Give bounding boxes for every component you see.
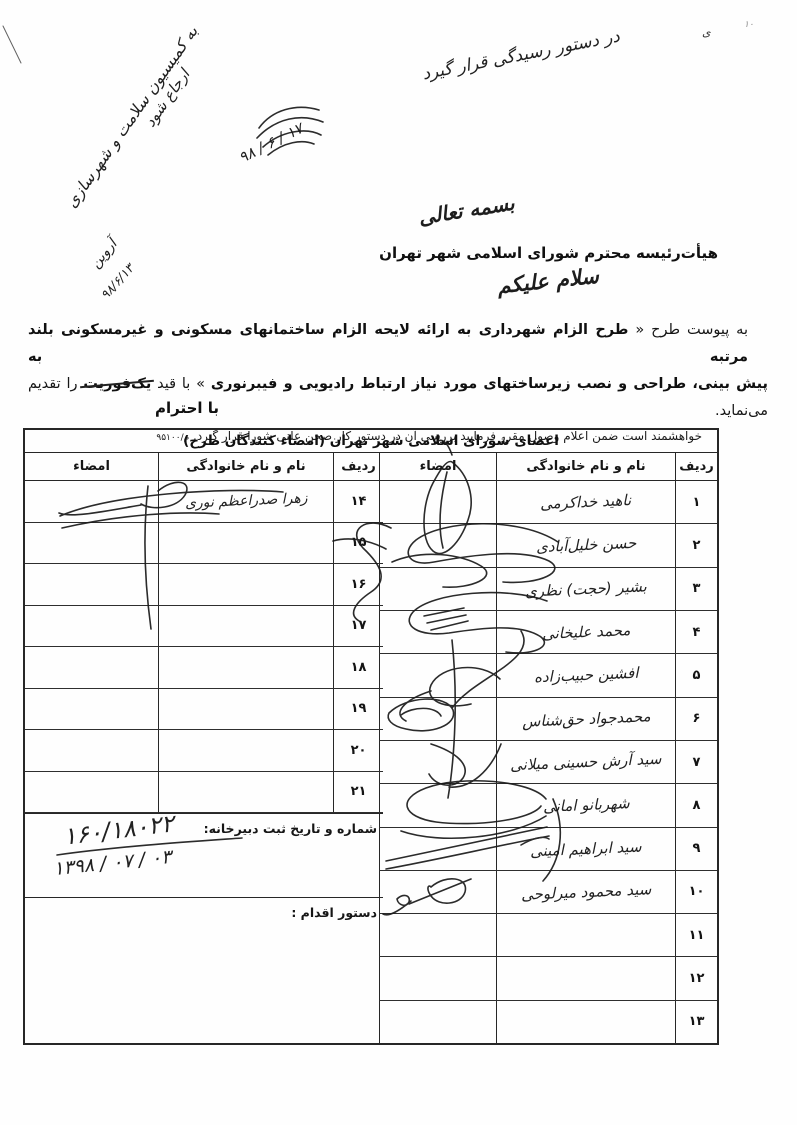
scanned-letter-page: ی ۱۰ در دستور رسیدگی قرار گیرد ۹۸ / ۶ / … [0, 0, 797, 1125]
row-number-cell: ۱ [675, 481, 717, 523]
signature-cell [379, 568, 496, 610]
header-name: نام و نام خانوادگی [158, 453, 333, 480]
signature-cell [25, 564, 158, 605]
row-number-cell: ۴ [675, 611, 717, 653]
name-cell: محمدجواد حق‌شناس [496, 698, 675, 740]
row-number: ۱۲ [689, 971, 705, 986]
member-name-handwritten: سید محمود میرلوحی [521, 880, 652, 904]
table-row: ۴ محمد علیخانی [379, 611, 717, 654]
name-cell [496, 914, 675, 956]
row-number-cell: ۵ [675, 654, 717, 696]
row-number: ۱۹ [351, 701, 367, 716]
name-cell: حسن خلیل‌آبادی [496, 524, 675, 566]
signature-cell [379, 611, 496, 653]
row-number-cell: ۱۲ [675, 957, 717, 999]
table-row: ۱۶ [25, 564, 383, 606]
name-cell: بشیر (حجت) نظری [496, 568, 675, 610]
signature-cell [25, 647, 158, 688]
name-cell: سید ابراهیم امینی [496, 828, 675, 870]
besmellah-calligraphy: بسمه تعالی [417, 191, 516, 230]
name-cell [496, 957, 675, 999]
row-number-cell: ۲۰ [333, 730, 383, 771]
recipient-line: هیأت‌رئیسه محترم شورای اسلامی شهر تهران [300, 244, 718, 262]
row-number: ۱۰ [689, 884, 705, 899]
table-row: ۶ محمدجواد حق‌شناس [379, 698, 717, 741]
table-row: ۲ حسن خلیل‌آبادی [379, 524, 717, 567]
name-cell: سید آرش حسینی میلانی [496, 741, 675, 783]
referral-signer: آروین [88, 237, 121, 272]
name-cell: افشین حبیب‌زاده [496, 654, 675, 696]
row-number: ۷ [693, 755, 701, 770]
body-line1-normal: به پیوست طرح « [628, 322, 748, 338]
table-row: ۱ ناهید خداکرمی [379, 481, 717, 524]
table-row: ۱۰ سید محمود میرلوحی [379, 871, 717, 914]
row-number: ۱۶ [351, 577, 367, 592]
row-number: ۱۵ [351, 535, 367, 550]
table-row: ۱۲ [379, 957, 717, 1000]
header-signature: امضاء [25, 453, 158, 480]
signature-cell [25, 523, 158, 564]
body-line-1: به پیوست طرح « طرح الزام شهرداری به ارائ… [28, 317, 768, 371]
name-cell: ناهید خداکرمی [496, 481, 675, 523]
row-number: ۳ [693, 581, 701, 596]
member-name-handwritten: محمد علیخانی [541, 621, 630, 643]
name-cell: زهرا صدراعظم نوری [158, 481, 333, 522]
signatories-table: اعضای شورای اسلامی شهر تهران (امضاء کنند… [23, 428, 719, 1045]
row-number-cell: ۱۵ [333, 523, 383, 564]
header-row-number: ردیف [675, 453, 717, 480]
signature-cell [25, 606, 158, 647]
row-number: ۱۷ [351, 618, 367, 633]
body-line-2: پیش بینی، طراحی و نصب زیرساختهای مورد نی… [28, 371, 768, 425]
row-number-cell: ۲۱ [333, 772, 383, 813]
row-number-cell: ۱۰ [675, 871, 717, 913]
signature-cell [25, 772, 158, 813]
name-cell [158, 606, 333, 647]
body-line2-normal: » با قید [151, 376, 210, 392]
member-name-handwritten: حسن خلیل‌آبادی [535, 534, 636, 556]
corner-mark-faint: ۱۰ [744, 20, 754, 30]
row-number: ۶ [693, 711, 701, 726]
table-row: ۱۹ [25, 689, 383, 731]
member-name-handwritten: سید ابراهیم امینی [530, 837, 642, 860]
table-row: ۱۱ [379, 914, 717, 957]
action-box: دستور اقدام : [25, 897, 383, 1043]
table-title: اعضای شورای اسلامی شهر تهران (امضاء کنند… [25, 430, 717, 453]
row-number-cell: ۱۸ [333, 647, 383, 688]
registry-date-handwritten: ۱۳۹۸ / ۰۷ / ۰۳ [52, 846, 172, 880]
signature-cell [379, 481, 496, 523]
signature-cell [379, 741, 496, 783]
member-name-handwritten: افشین حبیب‌زاده [533, 664, 638, 687]
signature-cell [25, 689, 158, 730]
table-header-left: ردیف نام و نام خانوادگی امضاء [25, 453, 383, 481]
table-row: ۱۷ [25, 606, 383, 648]
rows-right: ۱ ناهید خداکرمی ۲ حسن خلیل‌آبادی ۳ بشیر … [379, 481, 717, 1043]
signature-cell [379, 828, 496, 870]
row-number-cell: ۱۷ [333, 606, 383, 647]
row-number: ۵ [693, 668, 701, 683]
row-number-cell: ۱۳ [675, 1001, 717, 1043]
signature-cell [379, 914, 496, 956]
table-right-half: ردیف نام و نام خانوادگی امضاء ۱ ناهید خد… [379, 453, 717, 1043]
member-name-handwritten: ناهید خداکرمی [540, 491, 632, 513]
table-header-right: ردیف نام و نام خانوادگی امضاء [379, 453, 717, 481]
action-label: دستور اقدام : [291, 905, 377, 920]
row-number: ۴ [693, 625, 701, 640]
name-cell: شهربانو امانی [496, 784, 675, 826]
table-row: ۱۴ زهرا صدراعظم نوری [25, 481, 383, 523]
row-number-cell: ۱۴ [333, 481, 383, 522]
table-row: ۸ شهربانو امانی [379, 784, 717, 827]
row-number: ۱۱ [689, 928, 705, 943]
registry-label: شماره و تاریخ ثبت دبیرخانه: [204, 821, 377, 836]
signature-cell [379, 524, 496, 566]
row-number-cell: ۲ [675, 524, 717, 566]
signature-cell [379, 654, 496, 696]
referral-action-text: ارجاع شود [30, 33, 217, 289]
row-number: ۱۴ [351, 494, 367, 509]
row-number-cell: ۱۶ [333, 564, 383, 605]
row-number: ۹ [693, 841, 701, 856]
signature-cell [379, 784, 496, 826]
scan-artifact [3, 26, 21, 63]
member-name-handwritten: سید آرش حسینی میلانی [510, 750, 662, 775]
member-name-handwritten: محمدجواد حق‌شناس [521, 707, 650, 731]
row-number: ۸ [693, 798, 701, 813]
table-left-half: ردیف نام و نام خانوادگی امضاء ۱۴ زهرا صد… [25, 453, 383, 1043]
name-cell [158, 772, 333, 813]
row-number-cell: ۳ [675, 568, 717, 610]
name-cell [158, 523, 333, 564]
table-row: ۹ سید ابراهیم امینی [379, 828, 717, 871]
signature-cell [25, 481, 158, 522]
name-cell: سید محمود میرلوحی [496, 871, 675, 913]
name-cell [158, 564, 333, 605]
name-cell [158, 647, 333, 688]
handwritten-agenda-note: در دستور رسیدگی قرار گیرد [353, 26, 622, 97]
row-number: ۱۸ [351, 660, 367, 675]
signature-cell [379, 957, 496, 999]
signature-cell [379, 871, 496, 913]
closing-respect: با احترام [155, 399, 219, 417]
row-number-cell: ۷ [675, 741, 717, 783]
member-name-handwritten: شهربانو امانی [542, 794, 629, 816]
member-name-handwritten: بشیر (حجت) نظری [525, 577, 647, 600]
table-row: ۵ افشین حبیب‌زاده [379, 654, 717, 697]
urgency-word: یک‌فوریت [83, 371, 151, 398]
header-signature: امضاء [379, 453, 496, 480]
table-row: ۷ سید آرش حسینی میلانی [379, 741, 717, 784]
table-row: ۱۳ [379, 1001, 717, 1043]
header-row-number: ردیف [333, 453, 383, 480]
header-name: نام و نام خانوادگی [496, 453, 675, 480]
table-row: ۲۱ [25, 772, 383, 814]
rows-left: ۱۴ زهرا صدراعظم نوری ۱۵ ۱۶ ۱۷ ۱۸ ۱۹ ۲۰ ۲… [25, 481, 383, 813]
name-cell: محمد علیخانی [496, 611, 675, 653]
name-cell [496, 1001, 675, 1043]
table-row: ۱۸ [25, 647, 383, 689]
registry-box: شماره و تاریخ ثبت دبیرخانه: ۱۶۰/۱۸۰۲۲ ۱۳… [25, 813, 383, 897]
corner-scribble: ی [702, 26, 711, 39]
row-number-cell: ۶ [675, 698, 717, 740]
row-number: ۱ [693, 495, 701, 510]
table-row: ۳ بشیر (حجت) نظری [379, 568, 717, 611]
table-row: ۱۵ [25, 523, 383, 565]
row-number: ۲۰ [351, 743, 367, 758]
row-number: ۲۱ [351, 784, 367, 799]
row-number-cell: ۱۱ [675, 914, 717, 956]
registry-number-handwritten: ۱۶۰/۱۸۰۲۲ [62, 809, 176, 850]
name-cell [158, 730, 333, 771]
signature-cell [379, 1001, 496, 1043]
salutation-calligraphy: سلام علیکم [496, 263, 600, 299]
row-number-cell: ۸ [675, 784, 717, 826]
row-number: ۱۳ [689, 1014, 705, 1029]
handwritten-note-date: ۹۸ / ۶ / ۱۷ [236, 119, 306, 167]
row-number-cell: ۱۹ [333, 689, 383, 730]
signature-cell [379, 698, 496, 740]
body-line2-bold: پیش بینی، طراحی و نصب زیرساختهای مورد نی… [211, 376, 768, 392]
member-name-handwritten: زهرا صدراعظم نوری [184, 491, 307, 512]
table-row: ۲۰ [25, 730, 383, 772]
row-number: ۲ [693, 538, 701, 553]
name-cell [158, 689, 333, 730]
signature-cell [25, 730, 158, 771]
row-number-cell: ۹ [675, 828, 717, 870]
